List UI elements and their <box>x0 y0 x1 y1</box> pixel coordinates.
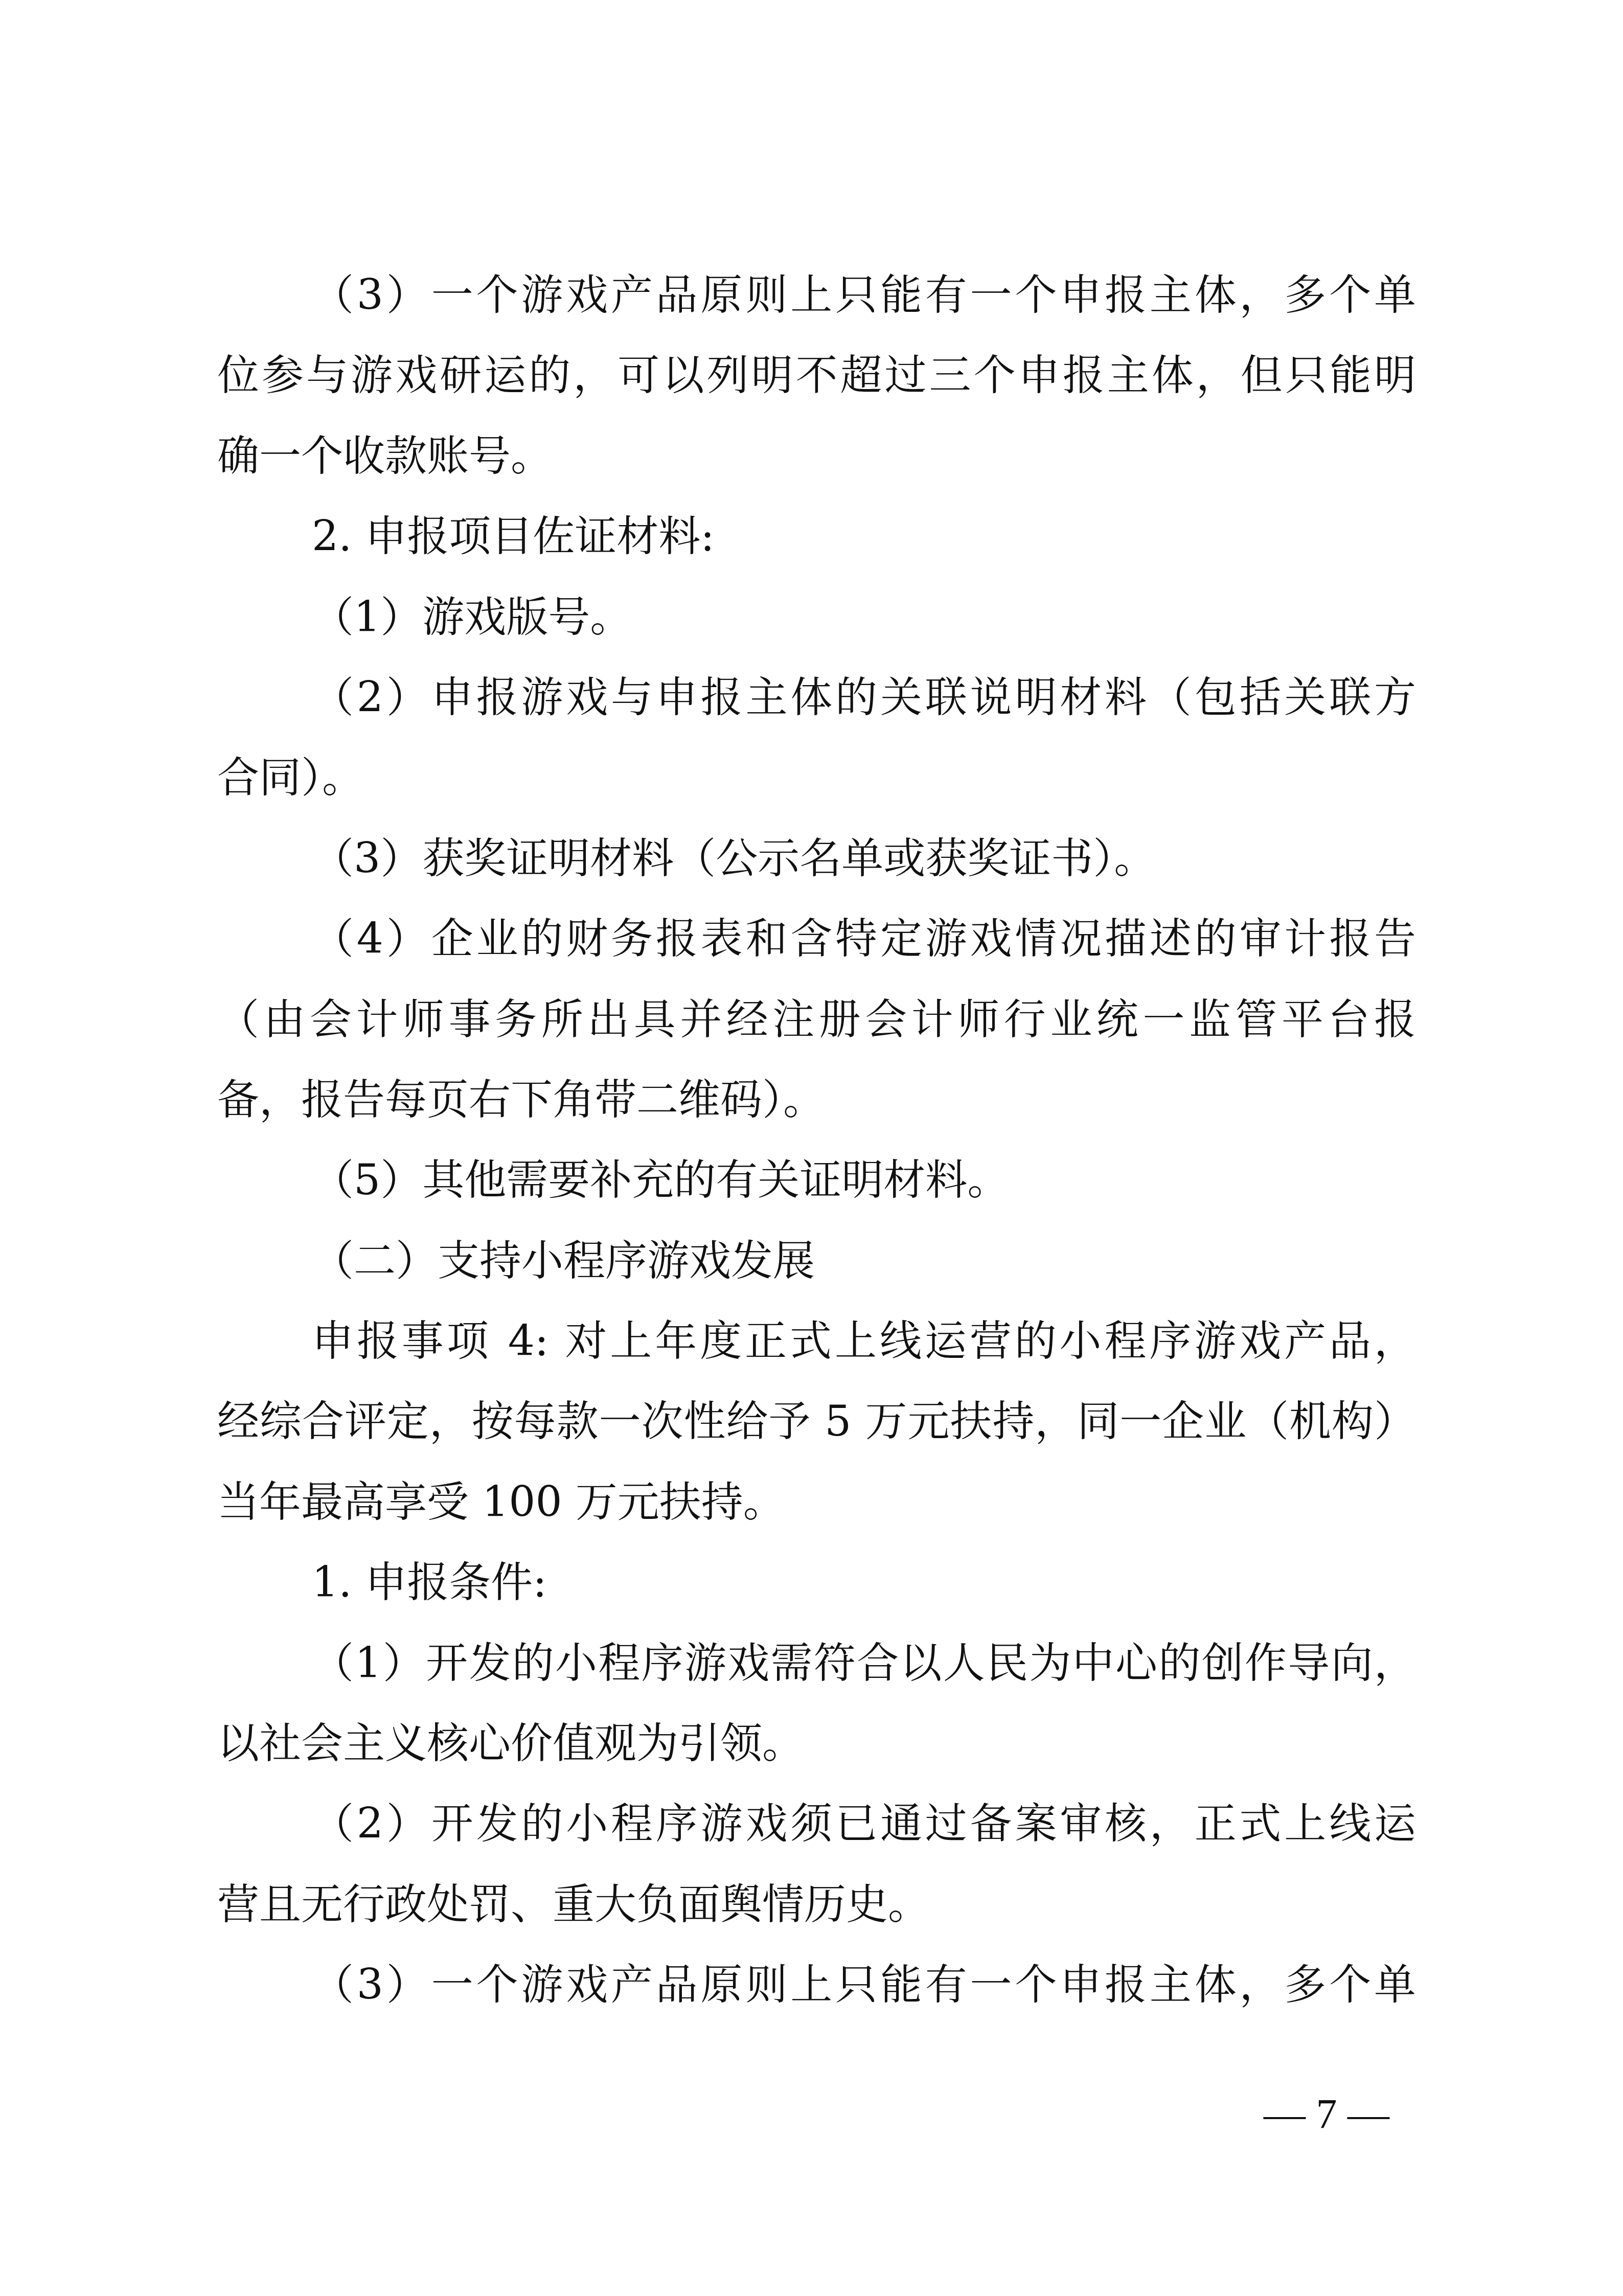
list-item: （3）一个游戏产品原则上只能有一个申报主体，多个单 <box>217 1956 1416 2036</box>
list-item: （1）游戏版号。 <box>217 588 1416 668</box>
list-item: （4）企业的财务报表和含特定游戏情况描述的审计报告 <box>217 910 1416 990</box>
list-item-continuation: 以社会主义核心价值观为引领。 <box>217 1714 1416 1794</box>
list-item-continuation: （由会计师事务所出具并经注册会计师行业统一监管平台报 <box>217 990 1416 1071</box>
paragraph-line: 确一个收款账号。 <box>217 427 1416 507</box>
paragraph-line: 位参与游戏研运的，可以列明不超过三个申报主体，但只能明 <box>217 346 1416 426</box>
list-item: （2）申报游戏与申报主体的关联说明材料（包括关联方 <box>217 668 1416 748</box>
list-item-continuation: 营且无行政处罚、重大负面舆情历史。 <box>217 1875 1416 1956</box>
list-item: （1）开发的小程序游戏需符合以人民为中心的创作导向， <box>217 1634 1416 1714</box>
list-item: （5）其他需要补充的有关证明材料。 <box>217 1151 1416 1231</box>
document-page: （3）一个游戏产品原则上只能有一个申报主体，多个单 位参与游戏研运的，可以列明不… <box>0 0 1623 2296</box>
paragraph-line: 经综合评定，按每款一次性给予 5 万元扶持，同一企业（机构） <box>217 1392 1416 1472</box>
section-label: 1. 申报条件: <box>217 1553 1416 1633</box>
section-label: 2. 申报项目佐证材料: <box>217 507 1416 587</box>
section-heading: （二）支持小程序游戏发展 <box>217 1232 1416 1312</box>
page-number: — 7 — <box>1263 2088 1390 2140</box>
body-text: （3）一个游戏产品原则上只能有一个申报主体，多个单 位参与游戏研运的，可以列明不… <box>217 266 1416 2036</box>
list-item-continuation: 合同）。 <box>217 748 1416 829</box>
paragraph-line: 当年最高享受 100 万元扶持。 <box>217 1473 1416 1553</box>
paragraph-line: （3）一个游戏产品原则上只能有一个申报主体，多个单 <box>217 266 1416 346</box>
list-item-continuation: 备，报告每页右下角带二维码）。 <box>217 1071 1416 1151</box>
paragraph-line: 申报事项 4: 对上年度正式上线运营的小程序游戏产品， <box>217 1312 1416 1392</box>
list-item: （2）开发的小程序游戏须已通过备案审核，正式上线运 <box>217 1794 1416 1875</box>
list-item: （3）获奖证明材料（公示名单或获奖证书）。 <box>217 829 1416 910</box>
